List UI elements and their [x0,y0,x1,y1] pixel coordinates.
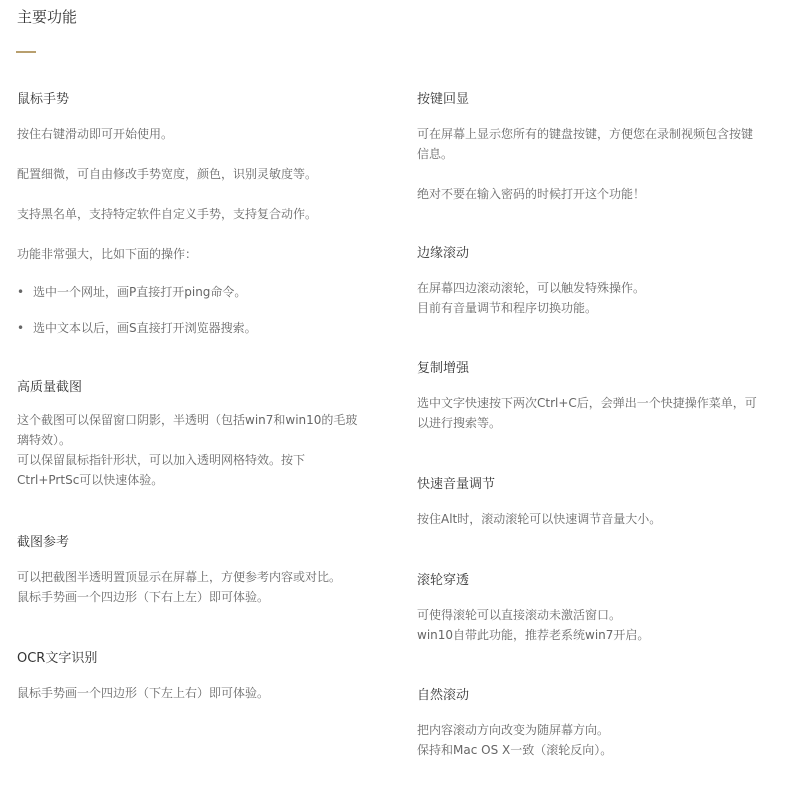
section-edge-scroll: 边缘滚动 在屏幕四边滚动滚轮，可以触发特殊操作。 目前有音量调节和程序切换功能。 [417,244,787,318]
section-paragraph: 按住右键滑动即可开始使用。 [17,124,317,144]
section-heading: 复制增强 [417,359,787,379]
section-quick-volume: 快速音量调节 按住Alt时，滚动滚轮可以快速调节音量大小。 [417,475,787,529]
section-heading: 截图参考 [17,533,387,553]
section-line: 保持和Mac OS X一致（滚轮反向）。 [417,740,787,760]
section-heading: 高质量截图 [17,378,387,398]
section-line: 信息。 [417,144,787,164]
section-paragraph: 功能非常强大，比如下面的操作： [17,244,317,264]
section-line: 按住Alt时，滚动滚轮可以快速调节音量大小。 [417,509,787,529]
section-line: 在屏幕四边滚动滚轮，可以触发特殊操作。 [417,278,787,298]
section-heading: 鼠标手势 [17,90,317,110]
section-line: 璃特效）。 [17,430,387,450]
section-ocr: OCR文字识别 鼠标手势画一个四边形（下左上右）即可体验。 [17,649,387,703]
section-line: Ctrl+PrtSc可以快速体验。 [17,470,387,490]
section-heading: 滚轮穿透 [417,571,787,591]
section-line: 以进行搜索等。 [417,413,787,433]
section-key-echo: 按键回显 可在屏幕上显示您所有的键盘按键，方便您在录制视频包含按键 信息。 绝对… [417,90,787,204]
section-copy-enhance: 复制增强 选中文字快速按下两次Ctrl+C后，会弹出一个快捷操作菜单，可 以进行… [417,359,787,433]
section-heading: 自然滚动 [417,686,787,706]
section-line: 目前有音量调节和程序切换功能。 [417,298,787,318]
section-line: 这个截图可以保留窗口阴影，半透明（包括win7和win10的毛玻 [17,410,387,430]
section-line: 可以把截图半透明置顶显示在屏幕上，方便参考内容或对比。 [17,567,387,587]
section-line: 把内容滚动方向改变为随屏幕方向。 [417,720,787,740]
section-line: 可在屏幕上显示您所有的键盘按键，方便您在录制视频包含按键 [417,124,787,144]
section-line: 鼠标手势画一个四边形（下左上右）即可体验。 [17,683,387,703]
section-natural-scroll: 自然滚动 把内容滚动方向改变为随屏幕方向。 保持和Mac OS X一致（滚轮反向… [417,686,787,760]
section-paragraph: 配置细微，可自由修改手势宽度，颜色，识别灵敏度等。 [17,164,317,184]
section-screenshot-reference: 截图参考 可以把截图半透明置顶显示在屏幕上，方便参考内容或对比。 鼠标手势画一个… [17,533,387,607]
list-item: 选中文本以后，画S直接打开浏览器搜索。 [17,318,317,338]
section-heading: 边缘滚动 [417,244,787,264]
section-wheel-passthrough: 滚轮穿透 可使得滚轮可以直接滚动未激活窗口。 win10自带此功能，推荐老系统w… [417,571,787,645]
features-page: 主要功能 鼠标手势 按住右键滑动即可开始使用。 配置细微，可自由修改手势宽度，颜… [0,0,797,786]
title-accent-bar [16,51,36,53]
section-hq-screenshot: 高质量截图 这个截图可以保留窗口阴影，半透明（包括win7和win10的毛玻 璃… [17,378,387,490]
section-line: 可以保留鼠标指针形状，可以加入透明网格特效。按下 [17,450,387,470]
list-item: 选中一个网址，画P直接打开ping命令。 [17,282,317,302]
bullet-list: 选中一个网址，画P直接打开ping命令。 选中文本以后，画S直接打开浏览器搜索。 [17,282,317,338]
section-mouse-gesture: 鼠标手势 按住右键滑动即可开始使用。 配置细微，可自由修改手势宽度，颜色，识别灵… [17,90,317,338]
section-heading: 按键回显 [417,90,787,110]
section-line: 选中文字快速按下两次Ctrl+C后，会弹出一个快捷操作菜单，可 [417,393,787,413]
section-paragraph: 支持黑名单，支持特定软件自定义手势，支持复合动作。 [17,204,317,224]
page-title: 主要功能 [17,6,77,28]
section-heading: 快速音量调节 [417,475,787,495]
section-heading: OCR文字识别 [17,649,387,669]
section-line: win10自带此功能，推荐老系统win7开启。 [417,625,787,645]
section-warning: 绝对不要在输入密码的时候打开这个功能！ [417,184,787,204]
section-line: 鼠标手势画一个四边形（下右上左）即可体验。 [17,587,387,607]
section-line: 可使得滚轮可以直接滚动未激活窗口。 [417,605,787,625]
